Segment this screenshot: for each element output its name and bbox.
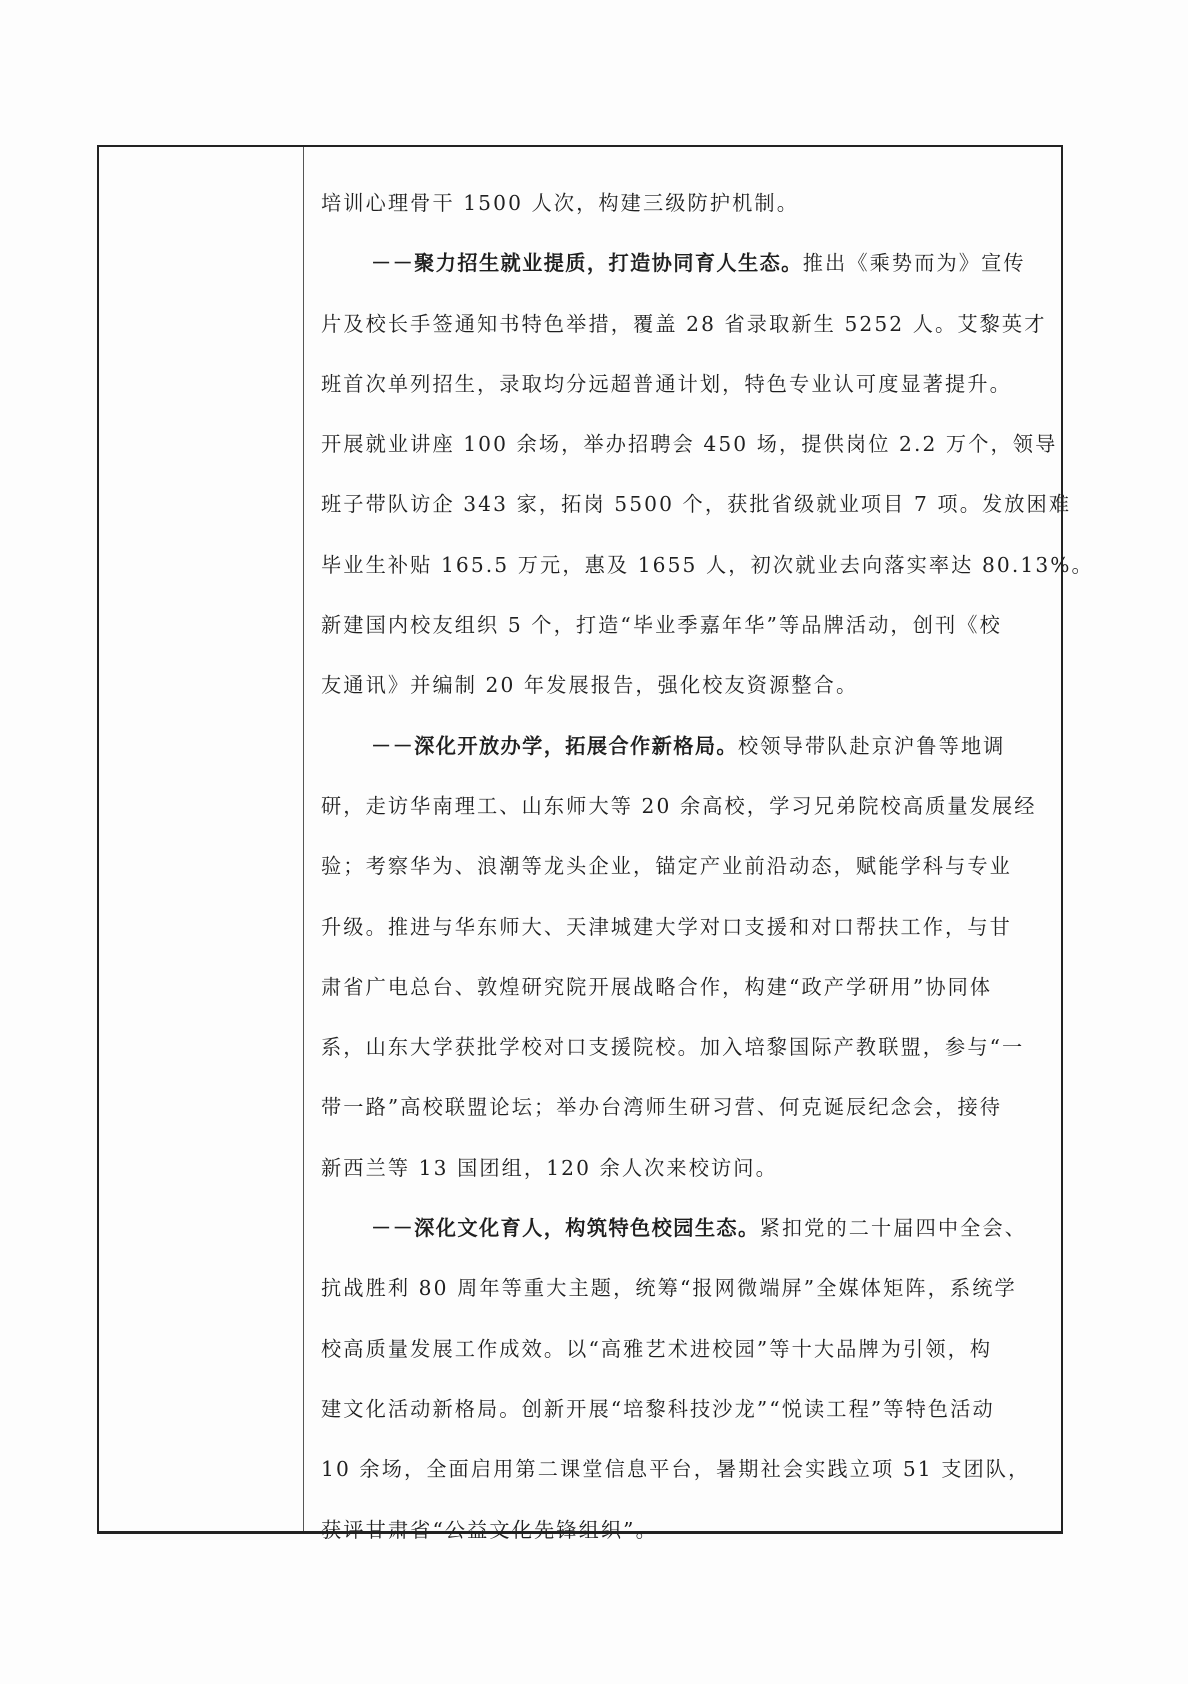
paragraph-cultural-education: －－深化文化育人，构筑特色校园生态。紧扣党的二十届四中全会、 抗战胜利 80 周… [321, 1198, 1043, 1560]
text-line: －－深化文化育人，构筑特色校园生态。紧扣党的二十届四中全会、 [321, 1198, 1043, 1258]
text-line: 友通讯》并编制 20 年发展报告，强化校友资源整合。 [321, 655, 1043, 715]
table-right-cell: 培训心理骨干 1500 人次，构建三级防护机制。 －－聚力招生就业提质，打造协同… [304, 147, 1061, 1531]
text-segment: 紧扣党的二十届四中全会、 [760, 1216, 1027, 1240]
text-line: 班子带队访企 343 家，拓岗 5500 个，获批省级就业项目 7 项。发放困难 [321, 474, 1043, 534]
text-line: 毕业生补贴 165.5 万元，惠及 1655 人，初次就业去向落实率达 80.1… [321, 535, 1043, 595]
text-line: 获评甘肃省“公益文化先锋组织”。 [321, 1500, 1043, 1560]
text-line: 验；考察华为、浪潮等龙头企业，锚定产业前沿动态，赋能学科与专业 [321, 836, 1043, 896]
text-line: 系，山东大学获批学校对口支援院校。加入培黎国际产教联盟，参与“一 [321, 1017, 1043, 1077]
paragraph-continuation: 培训心理骨干 1500 人次，构建三级防护机制。 [321, 173, 1043, 233]
paragraph-heading: －－深化开放办学，拓展合作新格局。 [371, 734, 738, 758]
text-line: 新西兰等 13 国团组，120 余人次来校访问。 [321, 1138, 1043, 1198]
text-line: 升级。推进与华东师大、天津城建大学对口支援和对口帮扶工作，与甘 [321, 897, 1043, 957]
text-line: 研，走访华南理工、山东师大等 20 余高校，学习兄弟院校高质量发展经 [321, 776, 1043, 836]
document-page: 培训心理骨干 1500 人次，构建三级防护机制。 －－聚力招生就业提质，打造协同… [0, 0, 1188, 1684]
table-left-cell [99, 147, 304, 1531]
text-line: 抗战胜利 80 周年等重大主题，统筹“报网微端屏”全媒体矩阵，系统学 [321, 1258, 1043, 1318]
paragraph-heading: －－聚力招生就业提质，打造协同育人生态。 [371, 251, 803, 275]
text-line: －－聚力招生就业提质，打造协同育人生态。推出《乘势而为》宣传 [321, 233, 1043, 293]
paragraph-open-education: －－深化开放办学，拓展合作新格局。校领导带队赴京沪鲁等地调 研，走访华南理工、山… [321, 716, 1043, 1198]
paragraph-enrollment-employment: －－聚力招生就业提质，打造协同育人生态。推出《乘势而为》宣传 片及校长手签通知书… [321, 233, 1043, 715]
text-segment: 推出《乘势而为》宣传 [803, 251, 1026, 275]
text-line: －－深化开放办学，拓展合作新格局。校领导带队赴京沪鲁等地调 [321, 716, 1043, 776]
text-line: 校高质量发展工作成效。以“高雅艺术进校园”等十大品牌为引领，构 [321, 1319, 1043, 1379]
report-table: 培训心理骨干 1500 人次，构建三级防护机制。 －－聚力招生就业提质，打造协同… [97, 145, 1063, 1534]
text-line: 带一路”高校联盟论坛；举办台湾师生研习营、何克诞辰纪念会，接待 [321, 1077, 1043, 1137]
text-line: 片及校长手签通知书特色举措，覆盖 28 省录取新生 5252 人。艾黎英才 [321, 294, 1043, 354]
text-line: 肃省广电总台、敦煌研究院开展战略合作，构建“政产学研用”协同体 [321, 957, 1043, 1017]
text-line: 班首次单列招生，录取均分远超普通计划，特色专业认可度显著提升。 [321, 354, 1043, 414]
text-line: 培训心理骨干 1500 人次，构建三级防护机制。 [321, 173, 1043, 233]
text-segment: 校领导带队赴京沪鲁等地调 [738, 734, 1005, 758]
text-line: 开展就业讲座 100 余场，举办招聘会 450 场，提供岗位 2.2 万个，领导 [321, 414, 1043, 474]
paragraph-heading: －－深化文化育人，构筑特色校园生态。 [371, 1216, 760, 1240]
text-line: 10 余场，全面启用第二课堂信息平台，暑期社会实践立项 51 支团队， [321, 1439, 1043, 1499]
text-line: 建文化活动新格局。创新开展“培黎科技沙龙”“悦读工程”等特色活动 [321, 1379, 1043, 1439]
text-line: 新建国内校友组织 5 个，打造“毕业季嘉年华”等品牌活动，创刊《校 [321, 595, 1043, 655]
